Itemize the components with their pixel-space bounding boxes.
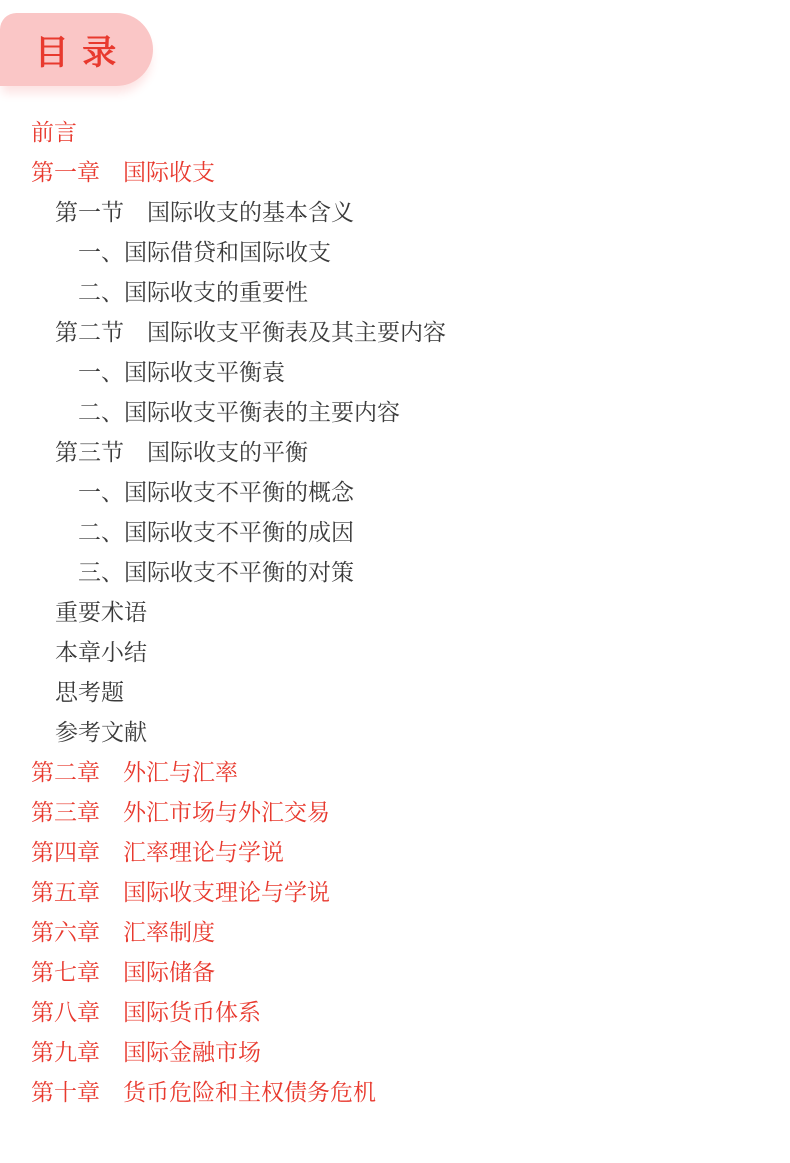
toc-entry-item[interactable]: 二、国际收支的重要性 — [0, 272, 790, 312]
toc-entry-section[interactable]: 第一节 国际收支的基本含义 — [0, 192, 790, 232]
toc-entry-chapter[interactable]: 第三章 外汇市场与外汇交易 — [0, 792, 790, 832]
toc-entry-chapter[interactable]: 第四章 汇率理论与学说 — [0, 832, 790, 872]
toc-entry-section[interactable]: 重要术语 — [0, 592, 790, 632]
toc-entry-item[interactable]: 一、国际收支平衡袁 — [0, 352, 790, 392]
toc-entry-section[interactable]: 第三节 国际收支的平衡 — [0, 432, 790, 472]
toc-entry-section[interactable]: 第二节 国际收支平衡表及其主要内容 — [0, 312, 790, 352]
toc-entry-chapter[interactable]: 第六章 汇率制度 — [0, 912, 790, 952]
toc-entry-section[interactable]: 思考题 — [0, 672, 790, 712]
toc-badge-title: 目 录 — [35, 25, 118, 74]
toc-entry-chapter[interactable]: 第二章 外汇与汇率 — [0, 752, 790, 792]
toc-page: 目 录 前言第一章 国际收支第一节 国际收支的基本含义一、国际借贷和国际收支二、… — [0, 0, 790, 1163]
toc-entry-chapter[interactable]: 第八章 国际货币体系 — [0, 992, 790, 1032]
toc-entry-chapter[interactable]: 第一章 国际收支 — [0, 152, 790, 192]
toc-entry-chapter[interactable]: 第七章 国际储备 — [0, 952, 790, 992]
toc-entry-chapter[interactable]: 前言 — [0, 112, 790, 152]
toc-entry-chapter[interactable]: 第十章 货币危险和主权债务危机 — [0, 1072, 790, 1112]
toc-list: 前言第一章 国际收支第一节 国际收支的基本含义一、国际借贷和国际收支二、国际收支… — [0, 112, 790, 1112]
toc-entry-item[interactable]: 三、国际收支不平衡的对策 — [0, 552, 790, 592]
toc-entry-section[interactable]: 本章小结 — [0, 632, 790, 672]
toc-entry-section[interactable]: 参考文献 — [0, 712, 790, 752]
toc-badge: 目 录 — [0, 13, 153, 86]
toc-entry-chapter[interactable]: 第九章 国际金融市场 — [0, 1032, 790, 1072]
toc-entry-item[interactable]: 二、国际收支平衡表的主要内容 — [0, 392, 790, 432]
toc-entry-item[interactable]: 二、国际收支不平衡的成因 — [0, 512, 790, 552]
toc-entry-item[interactable]: 一、国际借贷和国际收支 — [0, 232, 790, 272]
toc-entry-chapter[interactable]: 第五章 国际收支理论与学说 — [0, 872, 790, 912]
toc-entry-item[interactable]: 一、国际收支不平衡的概念 — [0, 472, 790, 512]
